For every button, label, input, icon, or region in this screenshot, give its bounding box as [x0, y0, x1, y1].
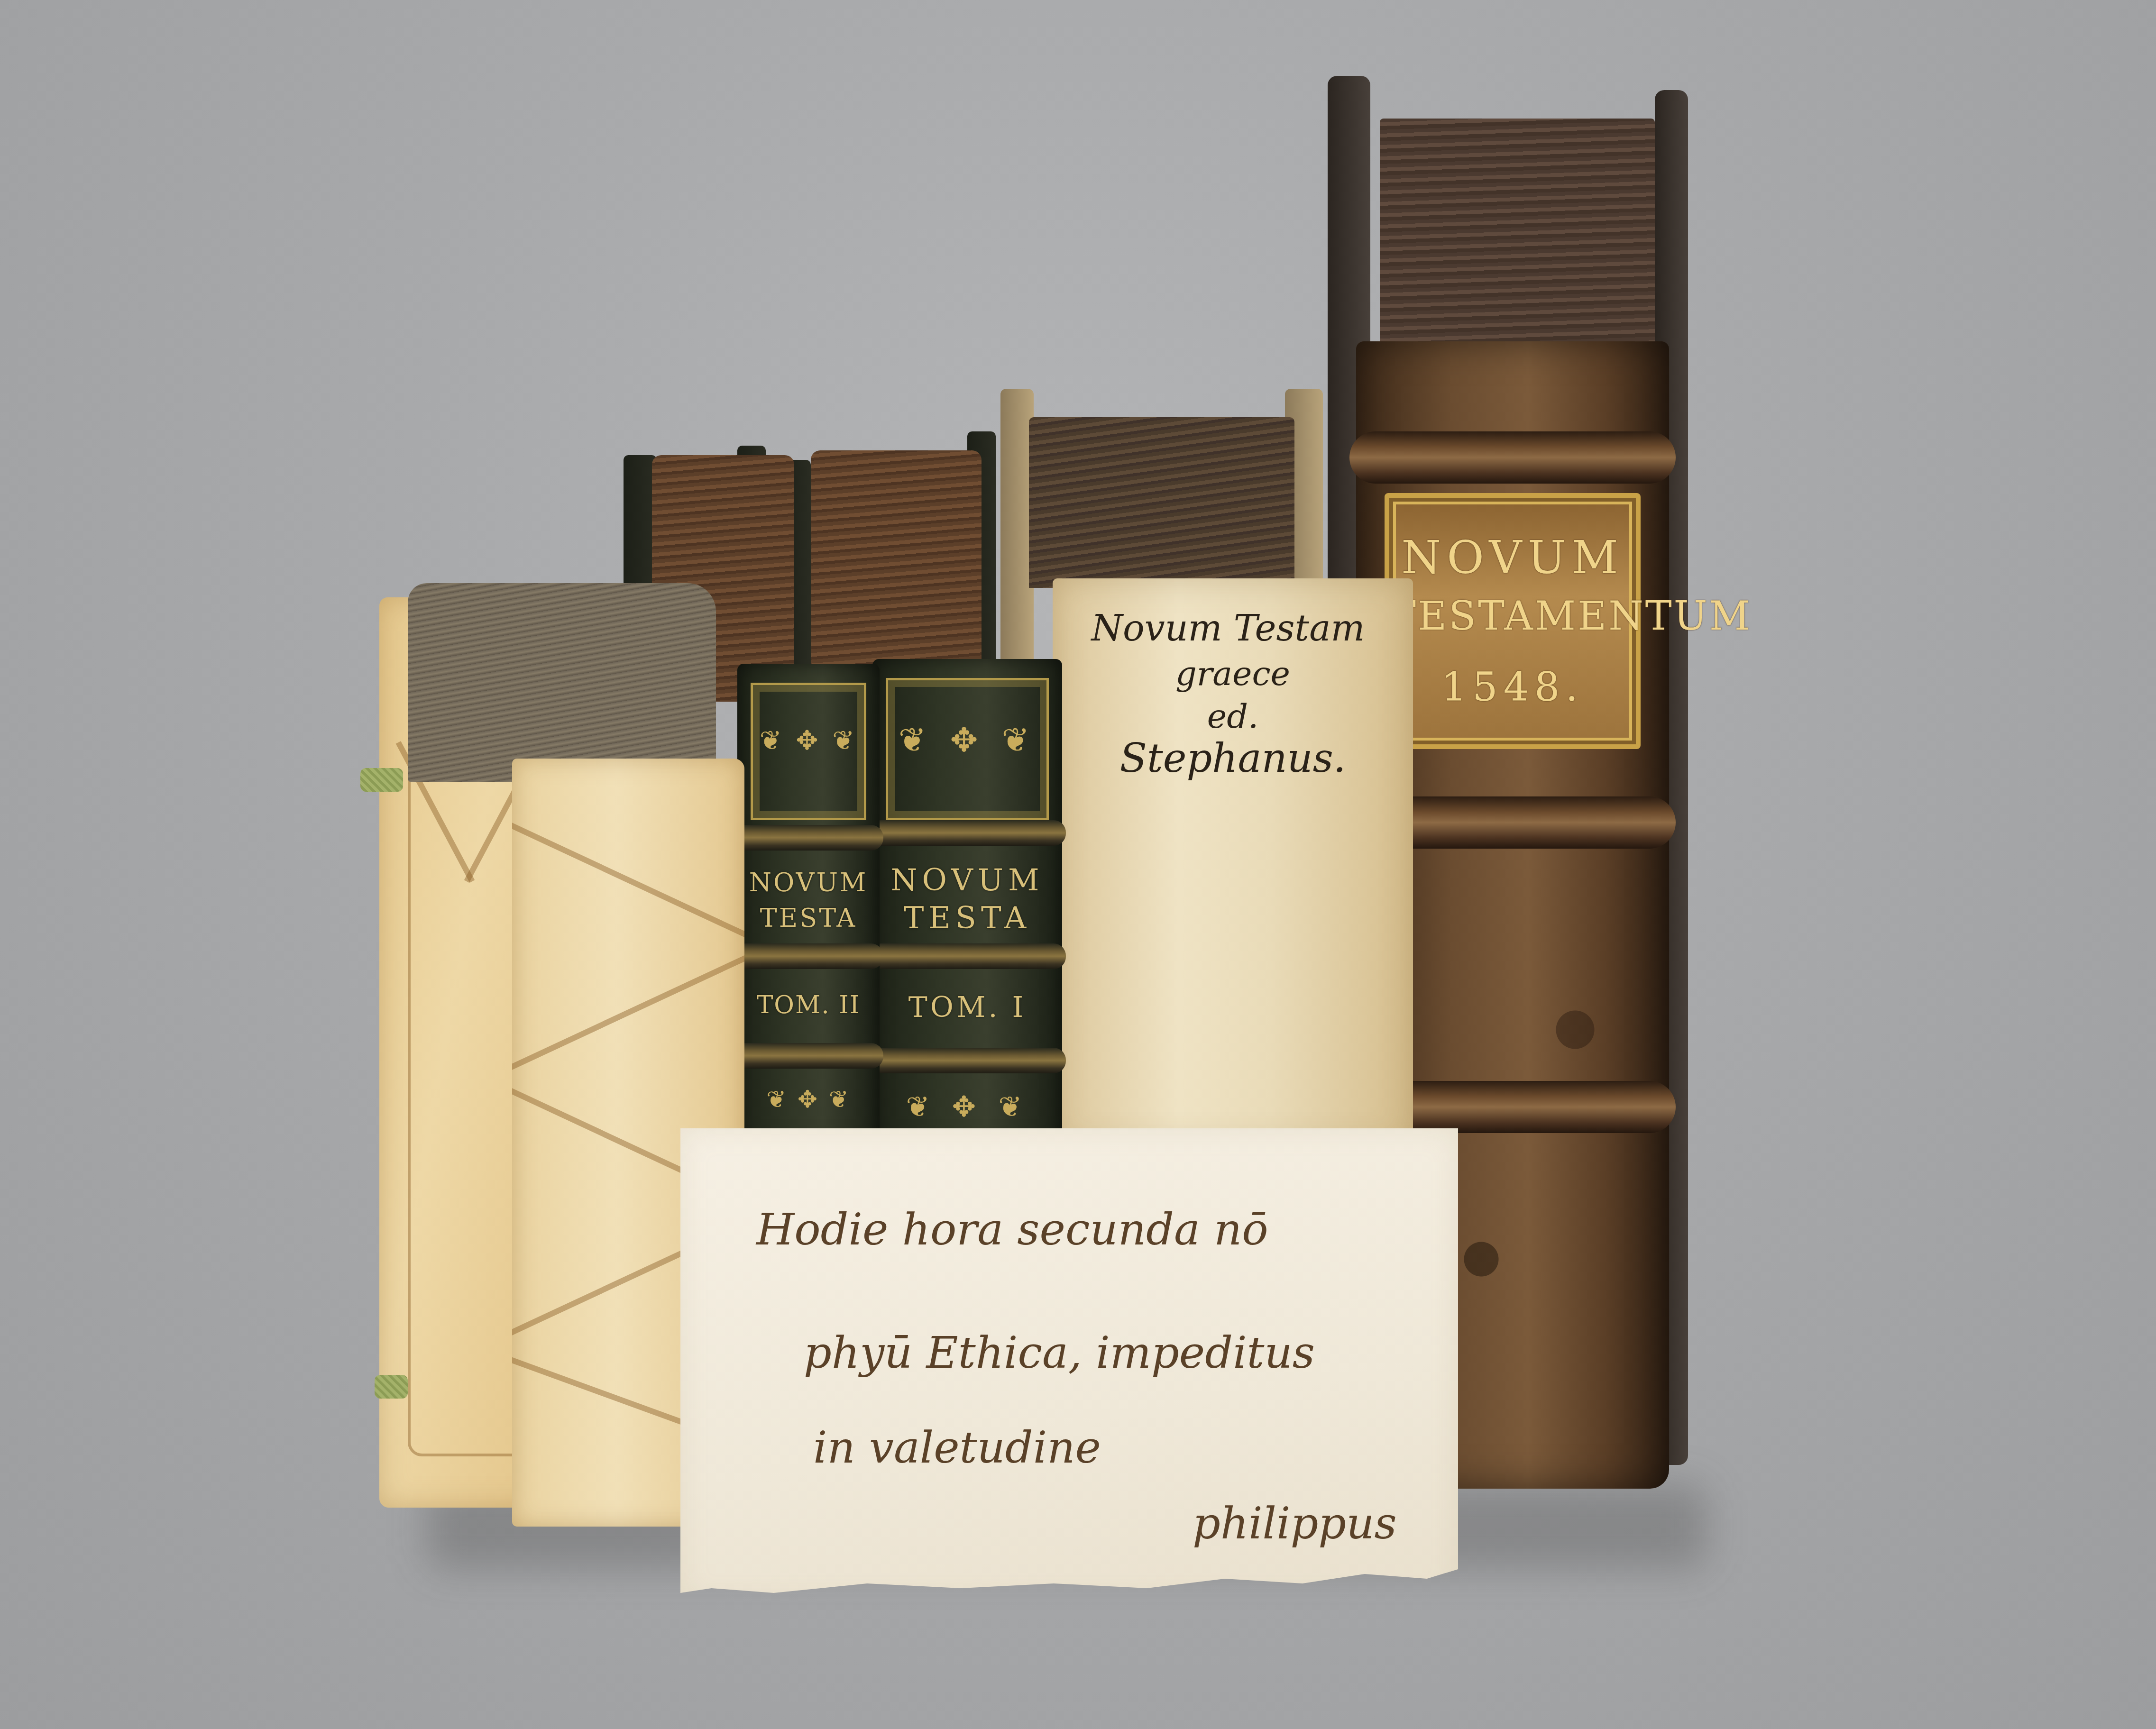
fleuron-ornament: ❦ ✥ ❦ — [872, 721, 1062, 759]
spine-volume-label: TOM. II — [737, 991, 880, 1019]
raised-band — [734, 1043, 883, 1069]
spine-title-line-2: TESTA — [872, 901, 1062, 936]
note-line-3: in valetudine — [813, 1422, 1101, 1473]
spine-volume-label: TOM. I — [872, 991, 1062, 1024]
spine-label: NOVUM TESTAMENTUM 1548. — [1385, 493, 1641, 749]
book-spine: ❦ ✥ ❦ NOVUM TESTA TOM. I ❦ ✥ ❦ — [872, 659, 1062, 1143]
note-signature: philippus — [1193, 1498, 1397, 1549]
note-line-2: phyū Ethica, impeditus — [804, 1327, 1315, 1378]
green-silk-tie — [360, 768, 403, 792]
spine-title-line-2: graece — [1053, 654, 1413, 693]
book-spine: ❦ ✥ ❦ NOVUM TESTA TOM. II ❦ ✥ ❦ — [737, 664, 880, 1143]
label-line-3: 1548. — [1389, 664, 1636, 710]
label-line-1: NOVUM — [1389, 531, 1636, 584]
spine-title-line-1: NOVUM — [872, 863, 1062, 898]
raised-band — [1349, 431, 1676, 484]
spine-title-line-2: TESTA — [737, 903, 880, 933]
fleuron-ornament: ❦ ✥ ❦ — [737, 725, 880, 756]
raised-band — [869, 820, 1066, 846]
raised-band — [869, 1048, 1066, 1073]
spine-title-line-1: Novum Testam — [1043, 607, 1413, 649]
book-spine: Novum Testam graece ed. Stephanus. — [1053, 578, 1413, 1147]
handwritten-note: Hodie hora secunda nō phyū Ethica, imped… — [680, 1128, 1458, 1602]
spine-title-line-3: ed. — [1053, 697, 1413, 736]
blind-tooled-diagonal — [512, 821, 744, 949]
label-line-2: TESTAMENTUM — [1389, 593, 1636, 639]
fleuron-ornament: ❦ ✥ ❦ — [737, 1086, 880, 1113]
spine-title-line-1: NOVUM — [737, 868, 880, 897]
book-top-edge — [1029, 417, 1294, 588]
note-line-1: Hodie hora secunda nō — [756, 1204, 1268, 1255]
raised-band — [734, 825, 883, 851]
raised-band — [869, 943, 1066, 969]
green-silk-tie — [375, 1375, 408, 1399]
raised-band — [734, 943, 883, 969]
blind-tooled-diagonal — [512, 944, 744, 1072]
spine-title-line-4: Stephanus. — [1053, 735, 1413, 781]
book-top-edge — [408, 583, 716, 782]
fleuron-ornament: ❦ ✥ ❦ — [872, 1090, 1062, 1124]
